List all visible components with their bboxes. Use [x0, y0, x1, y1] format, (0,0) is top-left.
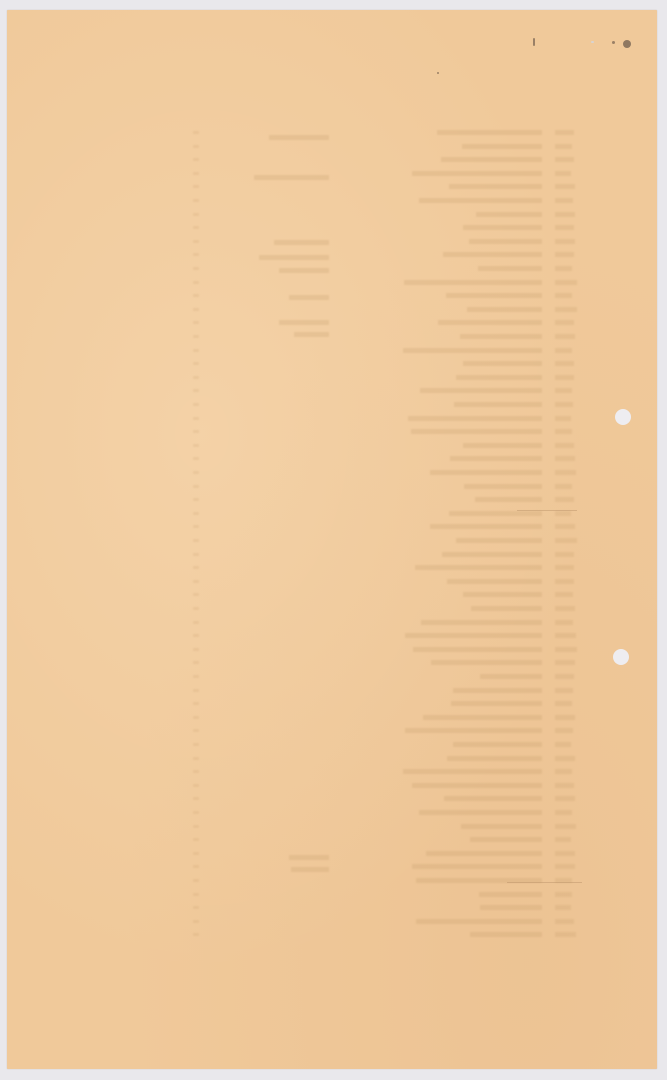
bleed-line-name	[403, 769, 542, 774]
bleed-line-dot	[193, 267, 199, 270]
bleed-line-number	[555, 701, 572, 706]
bleed-line-dot	[193, 757, 199, 760]
bleed-line-dot	[193, 607, 199, 610]
bleed-line-number	[555, 837, 571, 842]
bleed-line-number	[555, 280, 577, 285]
punch-hole-bottom	[613, 649, 629, 665]
bleed-line-number	[555, 688, 573, 693]
bleed-line-name	[451, 701, 542, 706]
bleed-line-name	[449, 184, 542, 189]
bleed-line-name	[463, 592, 542, 597]
bleed-line-name	[478, 266, 542, 271]
bleed-line-dot	[193, 485, 199, 488]
bleed-line-number	[555, 647, 577, 652]
bleed-line-number	[555, 144, 572, 149]
bleed-line-dot	[193, 689, 199, 692]
bleed-line-name	[403, 348, 542, 353]
bleed-line-number	[555, 620, 573, 625]
bleed-line-name	[438, 320, 542, 325]
bleed-line-number	[555, 769, 572, 774]
bleed-line-annotation	[279, 268, 329, 273]
bleed-line-dot	[193, 417, 199, 420]
bleed-line-name	[421, 620, 542, 625]
bleed-line-name	[479, 892, 542, 897]
bleed-line-dot	[193, 321, 199, 324]
bleed-line-dot	[193, 648, 199, 651]
bleed-line-number	[555, 565, 574, 570]
bleed-line-name	[461, 824, 542, 829]
bleed-line-number	[555, 334, 575, 339]
bleed-line-name	[412, 783, 542, 788]
bleed-line-number	[555, 348, 572, 353]
bleed-line-number	[555, 606, 575, 611]
bleed-line-dot	[193, 444, 199, 447]
bleed-line-dot	[193, 838, 199, 841]
bleed-line-dot	[193, 376, 199, 379]
bleed-line-number	[555, 524, 575, 529]
bleed-line-dot	[193, 906, 199, 909]
bleed-line-name	[470, 932, 542, 937]
bleed-line-name	[463, 225, 542, 230]
bleed-line-number	[555, 429, 572, 434]
bleed-line-dot	[193, 702, 199, 705]
bleed-line-number	[555, 225, 574, 230]
bleed-line-annotation	[269, 135, 329, 140]
bleed-line-number	[555, 443, 574, 448]
bleed-line-dot	[193, 349, 199, 352]
bleed-line-name	[444, 796, 542, 801]
bleed-line-dot	[193, 471, 199, 474]
bleed-line-dot	[193, 879, 199, 882]
bleed-line-number	[555, 293, 572, 298]
bleed-line-dot	[193, 281, 199, 284]
bleed-rule	[517, 510, 577, 511]
bleed-line-dot	[193, 593, 199, 596]
bleed-line-number	[555, 470, 576, 475]
bleed-line-dot	[193, 226, 199, 229]
bleed-line-name	[464, 484, 542, 489]
bleed-line-dot	[193, 825, 199, 828]
bleed-line-dot	[193, 893, 199, 896]
bleed-line-name	[413, 647, 542, 652]
bleed-line-number	[555, 742, 571, 747]
ink-speck	[437, 72, 439, 74]
bleed-line-dot	[193, 920, 199, 923]
bleed-line-number	[555, 674, 574, 679]
bleed-line-name	[420, 388, 542, 393]
bleed-line-number	[555, 307, 577, 312]
bleed-line-name	[442, 552, 542, 557]
bleed-line-name	[463, 361, 542, 366]
bleed-line-name	[431, 660, 542, 665]
bleed-line-number	[555, 592, 573, 597]
bleed-line-number	[555, 456, 575, 461]
bleed-line-number	[555, 783, 574, 788]
bleed-line-number	[555, 552, 574, 557]
bleed-line-dot	[193, 131, 199, 134]
bleed-line-name	[441, 157, 542, 162]
bleed-line-number	[555, 361, 574, 366]
bleed-line-number	[555, 252, 574, 257]
bleed-line-dot	[193, 539, 199, 542]
bleed-line-number	[555, 905, 571, 910]
ink-mark	[533, 38, 535, 46]
bleed-line-name	[467, 307, 542, 312]
bleed-line-number	[555, 579, 574, 584]
bleed-line-number	[555, 388, 572, 393]
bleed-line-name	[456, 375, 542, 380]
bleed-line-name	[454, 402, 542, 407]
bleed-line-name	[412, 864, 542, 869]
bleed-line-dot	[193, 729, 199, 732]
bleed-line-annotation	[259, 255, 329, 260]
bleed-line-name	[450, 456, 542, 461]
bleed-line-number	[555, 892, 572, 897]
bleed-line-dot	[193, 865, 199, 868]
document-page: Blank reverse of a typed list page; mirr…	[7, 10, 657, 1069]
bleed-line-dot	[193, 811, 199, 814]
bleed-line-name	[456, 538, 542, 543]
bleed-line-number	[555, 796, 575, 801]
bleed-line-name	[446, 293, 542, 298]
bleed-line-number	[555, 266, 572, 271]
bleed-line-dot	[193, 784, 199, 787]
bleed-line-name	[447, 579, 542, 584]
bleed-line-annotation	[254, 175, 329, 180]
bleed-line-dot	[193, 661, 199, 664]
bleed-line-name	[430, 524, 542, 529]
bleed-rule	[507, 882, 582, 883]
bleed-line-annotation	[291, 867, 329, 872]
bleed-line-name	[430, 470, 542, 475]
bleed-line-name	[480, 905, 542, 910]
bleed-line-name	[426, 851, 542, 856]
bleed-line-dot	[193, 621, 199, 624]
bleed-line-dot	[193, 852, 199, 855]
bleed-line-number	[555, 864, 575, 869]
bleed-line-number	[555, 497, 574, 502]
bleed-line-dot	[193, 566, 199, 569]
bleed-line-dot	[193, 498, 199, 501]
bleed-line-number	[555, 157, 574, 162]
bleed-line-number	[555, 851, 575, 856]
bleed-line-number	[555, 932, 576, 937]
bleed-line-name	[405, 728, 542, 733]
ink-dot	[612, 41, 615, 44]
bleed-line-annotation	[289, 855, 329, 860]
bleed-line-number	[555, 824, 576, 829]
punch-hole-top	[615, 409, 631, 425]
bleed-line-name	[423, 715, 542, 720]
bleed-line-number	[555, 538, 577, 543]
bleed-line-dot	[193, 185, 199, 188]
bleed-line-annotation	[294, 332, 329, 337]
bleed-line-annotation	[279, 320, 329, 325]
bleed-line-name	[471, 606, 542, 611]
bleed-line-name	[408, 416, 542, 421]
bleed-line-dot	[193, 362, 199, 365]
bleed-line-dot	[193, 675, 199, 678]
bleed-line-dot	[193, 716, 199, 719]
bleed-line-dot	[193, 525, 199, 528]
bleed-line-name	[419, 810, 542, 815]
bleed-line-name	[463, 443, 542, 448]
ink-blot	[623, 40, 631, 48]
bleed-line-number	[555, 756, 575, 761]
bleed-line-number	[555, 320, 574, 325]
bleed-line-dot	[193, 335, 199, 338]
bleed-line-dot	[193, 308, 199, 311]
bleed-line-number	[555, 715, 575, 720]
bleed-line-name	[412, 171, 542, 176]
bleed-line-number	[555, 171, 571, 176]
bleed-line-number	[555, 810, 572, 815]
bleed-line-dot	[193, 172, 199, 175]
bleed-line-name	[437, 130, 542, 135]
bleed-line-annotation	[274, 240, 329, 245]
bleed-line-name	[469, 239, 542, 244]
bleed-line-number	[555, 660, 575, 665]
bleed-line-number	[555, 728, 573, 733]
bleed-line-name	[447, 756, 542, 761]
bleed-line-dot	[193, 240, 199, 243]
bleed-line-name	[405, 633, 542, 638]
bleed-line-dot	[193, 253, 199, 256]
bleed-line-number	[555, 212, 575, 217]
bleed-line-name	[404, 280, 542, 285]
bleed-line-dot	[193, 512, 199, 515]
bleed-line-name	[475, 497, 542, 502]
bleed-line-number	[555, 375, 574, 380]
bleed-line-name	[415, 565, 542, 570]
bleed-line-name	[480, 674, 542, 679]
bleed-line-name	[453, 688, 542, 693]
bleed-line-dot	[193, 145, 199, 148]
bleed-line-dot	[193, 634, 199, 637]
bleed-line-number	[555, 919, 574, 924]
bleed-line-name	[453, 742, 542, 747]
bleed-line-dot	[193, 770, 199, 773]
bleed-line-name	[449, 511, 542, 516]
bleed-line-dot	[193, 933, 199, 936]
bleed-line-number	[555, 184, 575, 189]
bleed-line-name	[470, 837, 542, 842]
paper-speck	[591, 41, 594, 43]
bleed-line-name	[460, 334, 542, 339]
bleed-line-name	[476, 212, 542, 217]
bleed-line-number	[555, 633, 576, 638]
bleed-line-name	[411, 429, 542, 434]
bleed-line-dot	[193, 743, 199, 746]
bleed-line-number	[555, 511, 571, 516]
bleed-line-dot	[193, 294, 199, 297]
bleed-line-dot	[193, 553, 199, 556]
bleed-line-name	[443, 252, 542, 257]
bleed-line-dot	[193, 580, 199, 583]
bleed-line-annotation	[289, 295, 329, 300]
bleed-line-number	[555, 198, 573, 203]
bleed-line-dot	[193, 403, 199, 406]
bleed-line-dot	[193, 457, 199, 460]
bleed-line-dot	[193, 430, 199, 433]
bleed-line-number	[555, 130, 574, 135]
bleed-line-number	[555, 239, 575, 244]
bleed-line-name	[419, 198, 542, 203]
bleed-line-number	[555, 402, 573, 407]
bleed-line-name	[462, 144, 542, 149]
bleed-line-dot	[193, 797, 199, 800]
bleed-line-dot	[193, 199, 199, 202]
bleed-line-name	[416, 919, 542, 924]
bleed-line-dot	[193, 158, 199, 161]
bleed-line-dot	[193, 213, 199, 216]
bleed-line-dot	[193, 389, 199, 392]
bleed-line-number	[555, 484, 572, 489]
bleed-line-number	[555, 416, 571, 421]
